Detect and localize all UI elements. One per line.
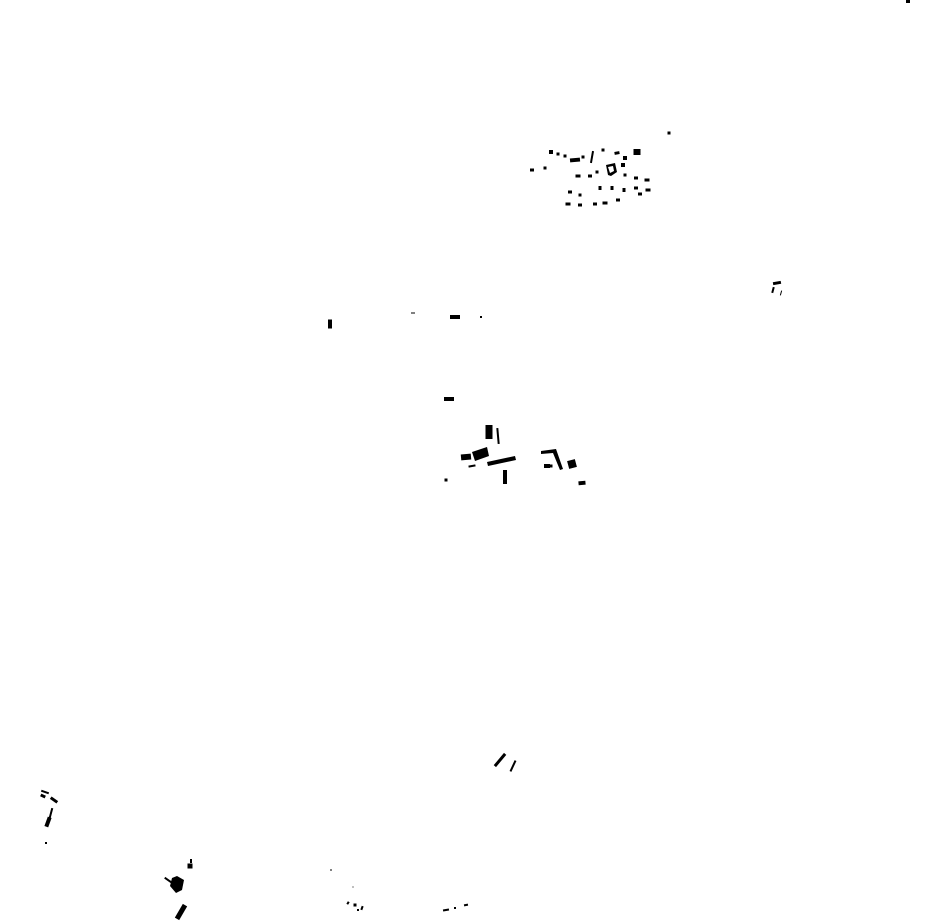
building-footprint (328, 320, 332, 329)
building-footprint (773, 281, 781, 285)
building-footprint (646, 189, 651, 192)
building-footprint (445, 479, 448, 482)
building-footprint (41, 790, 49, 795)
building-footprint (588, 175, 592, 178)
building-footprint (411, 313, 415, 314)
building-footprint (623, 188, 626, 192)
building-footprint (468, 464, 475, 467)
building-footprint (480, 316, 482, 318)
building-footprint (616, 199, 620, 202)
building-footprint (582, 156, 585, 159)
building-footprint (503, 470, 507, 484)
building-footprint (44, 817, 51, 828)
building-footprint (576, 175, 581, 178)
building-footprint (175, 904, 187, 920)
figure-ground-map (0, 0, 930, 924)
building-footprint (444, 397, 454, 401)
building-footprint (567, 459, 577, 469)
building-footprint (472, 447, 489, 461)
building-footprint (354, 904, 357, 907)
building-footprint (596, 171, 599, 174)
building-footprint (611, 186, 614, 190)
building-footprint (624, 174, 627, 177)
building-footprint (566, 203, 571, 206)
building-footprint (603, 202, 608, 205)
building-footprint (599, 186, 602, 190)
building-footprint (557, 153, 560, 156)
building-footprint (346, 901, 349, 905)
building-footprint (771, 287, 774, 293)
building-footprint (530, 169, 534, 172)
building-footprint (464, 904, 468, 907)
building-footprints-layer (0, 0, 930, 924)
building-footprint (443, 908, 449, 911)
building-footprint (638, 193, 642, 196)
building-footprint (188, 864, 193, 869)
building-footprint (634, 187, 638, 190)
building-footprint (190, 859, 192, 863)
building-footprint (614, 151, 619, 155)
building-footprint (590, 151, 594, 163)
building-footprint (668, 132, 671, 135)
building-footprint (621, 163, 625, 167)
building-footprint (45, 842, 47, 844)
building-footprint (579, 194, 582, 197)
building-footprint (170, 876, 184, 893)
building-footprint (634, 149, 641, 155)
building-footprint (602, 149, 605, 152)
building-footprint (510, 760, 517, 772)
building-footprint (623, 156, 627, 160)
building-footprint (40, 794, 46, 799)
building-footprint (578, 204, 582, 207)
building-footprint (496, 428, 499, 444)
building-footprint (578, 481, 585, 486)
building-footprint (461, 454, 471, 461)
building-footprint (544, 167, 547, 170)
building-footprint (49, 808, 54, 818)
building-footprint (593, 203, 597, 206)
building-footprint (487, 456, 516, 466)
building-footprint (544, 464, 550, 468)
building-footprint (50, 796, 58, 803)
building-footprint (570, 158, 580, 163)
building-footprint (353, 887, 354, 888)
building-footprint (360, 906, 363, 910)
building-footprint (780, 290, 782, 295)
building-footprint (906, 0, 910, 3)
building-footprint (164, 877, 172, 883)
building-footprint (454, 907, 456, 909)
building-footprint (494, 753, 507, 767)
building-footprint (645, 179, 650, 182)
building-footprint (634, 177, 638, 180)
building-footprint (549, 150, 553, 154)
building-footprint (564, 155, 567, 158)
building-footprint (486, 425, 493, 439)
building-footprint (550, 465, 553, 468)
building-footprint (568, 191, 572, 194)
building-footprint (450, 315, 460, 319)
building-footprint (357, 909, 359, 911)
building-footprint (331, 869, 332, 871)
